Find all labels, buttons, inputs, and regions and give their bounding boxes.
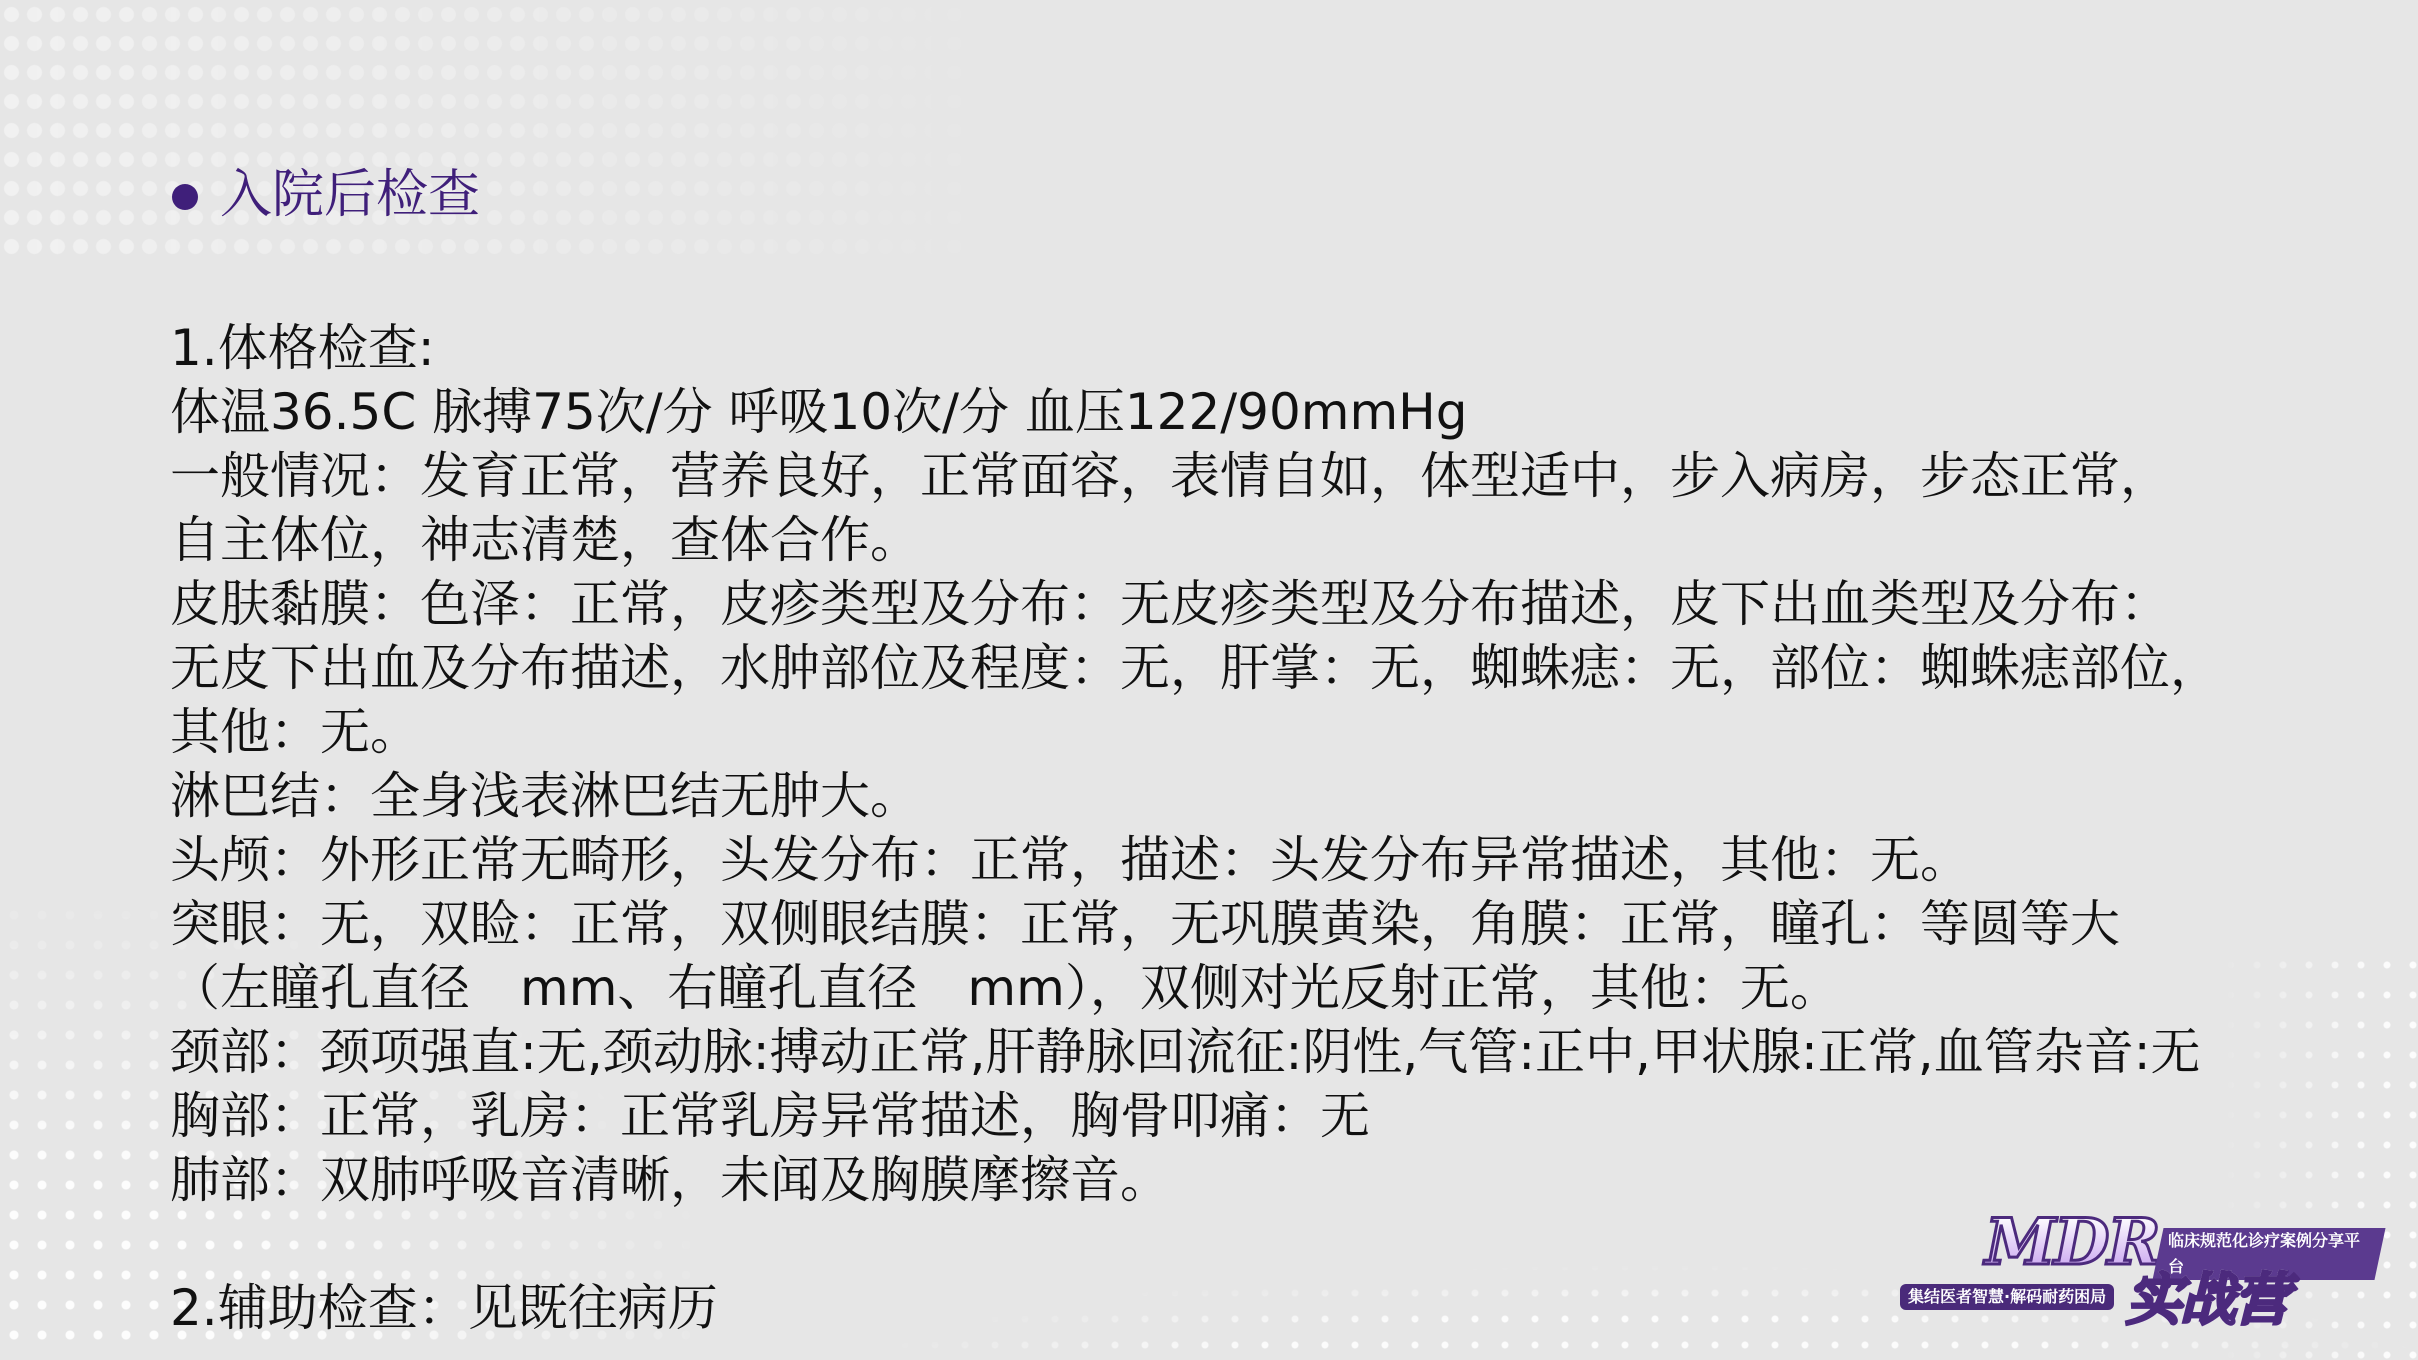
background-dot-pattern-top bbox=[0, 0, 1000, 260]
section1-title: 1.体格检查: bbox=[170, 316, 2370, 380]
neck-line: 颈部：颈项强直:无,颈动脉:搏动正常,肝静脉回流征:阴性,气管:正中,甲状腺:正… bbox=[170, 1020, 2370, 1084]
eye-line-2: （左瞳孔直径 mm、右瞳孔直径 mm），双侧对光反射正常，其他：无。 bbox=[170, 956, 2370, 1020]
logo-tagline-bottom: 集结医者智慧·解码耐药困局 bbox=[1900, 1284, 2114, 1310]
eye-line-1: 突眼：无，双睑：正常，双侧眼结膜：正常，无巩膜黄染，角膜：正常，瞳孔：等圆等大 bbox=[170, 892, 2370, 956]
chest-line: 胸部：正常，乳房：正常乳房异常描述，胸骨叩痛：无 bbox=[170, 1084, 2370, 1148]
skin-mucosa-line-2: 无皮下出血及分布描述，水肿部位及程度：无，肝掌：无，蜘蛛痣：无，部位：蜘蛛痣部位… bbox=[170, 636, 2370, 700]
head-line: 头颅：外形正常无畸形，头发分布：正常，描述：头发分布异常描述，其他：无。 bbox=[170, 828, 2370, 892]
skin-mucosa-line-3: 其他：无。 bbox=[170, 700, 2370, 764]
lung-line: 肺部：双肺呼吸音清晰，未闻及胸膜摩擦音。 bbox=[170, 1148, 2370, 1212]
general-condition-line-2: 自主体位，神志清楚，查体合作。 bbox=[170, 508, 2370, 572]
exam-content: 1.体格检查: 体温36.5C 脉搏75次/分 呼吸10次/分 血压122/90… bbox=[170, 316, 2370, 1340]
mdr-camp-logo: MDR 临床规范化诊疗案例分享平台 集结医者智慧·解码耐药困局 实战营 bbox=[1900, 1208, 2380, 1338]
lymph-node-line: 淋巴结：全身浅表淋巴结无肿大。 bbox=[170, 764, 2370, 828]
skin-mucosa-line-1: 皮肤黏膜：色泽：正常，皮疹类型及分布：无皮疹类型及分布描述，皮下出血类型及分布： bbox=[170, 572, 2370, 636]
vital-signs-line: 体温36.5C 脉搏75次/分 呼吸10次/分 血压122/90mmHg bbox=[170, 380, 2370, 444]
section-heading: 入院后检查 bbox=[172, 160, 480, 230]
logo-camp-text: 实战营 bbox=[2126, 1268, 2288, 1334]
bullet-icon bbox=[172, 184, 198, 210]
heading-text: 入院后检查 bbox=[220, 160, 480, 230]
general-condition-line-1: 一般情况：发育正常，营养良好，正常面容，表情自如，体型适中，步入病房，步态正常， bbox=[170, 444, 2370, 508]
